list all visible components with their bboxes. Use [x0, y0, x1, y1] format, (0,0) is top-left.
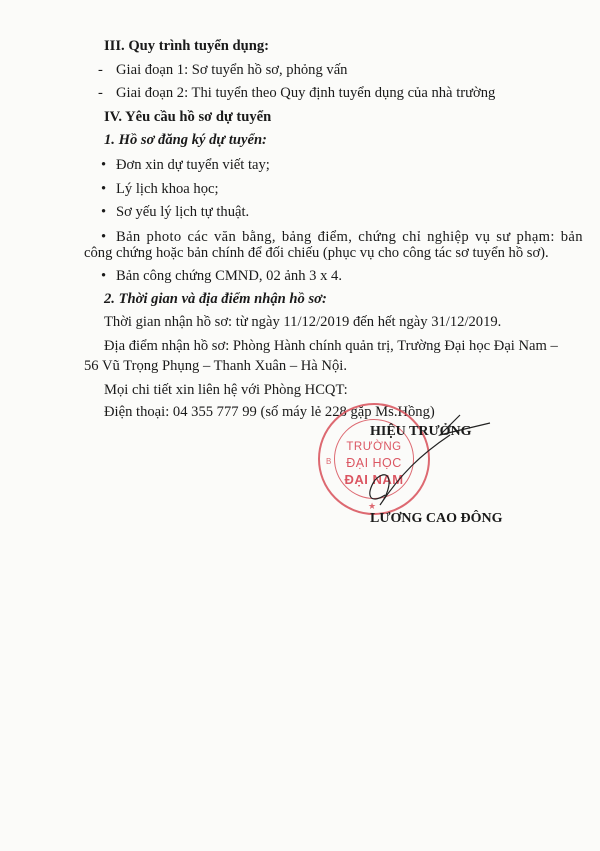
subsection-1-heading: 1. Hồ sơ đăng ký dự tuyển: — [104, 131, 267, 149]
dot-bullet: • — [101, 156, 106, 174]
requirement-item: Đơn xin dự tuyển viết tay; — [116, 156, 270, 174]
signer-name: LƯƠNG CAO ĐÔNG — [370, 510, 502, 528]
signer-title: HIỆU TRƯỞNG — [370, 423, 472, 441]
requirement-item: Lý lịch khoa học; — [116, 180, 219, 198]
receipt-place-continuation: 56 Vũ Trọng Phụng – Thanh Xuân – Hà Nội. — [84, 357, 347, 375]
requirement-item: Bản công chứng CMND, 02 ảnh 3 x 4. — [116, 267, 342, 285]
subsection-2-heading: 2. Thời gian và địa điểm nhận hồ sơ: — [104, 290, 327, 308]
stamp-ring-text: B — [326, 457, 331, 466]
dot-bullet: • — [101, 203, 106, 221]
section-3-heading: III. Quy trình tuyển dụng: — [104, 37, 269, 55]
receipt-place: Địa điểm nhận hồ sơ: Phòng Hành chính qu… — [104, 337, 558, 355]
dash-bullet: - — [98, 84, 103, 102]
receipt-time: Thời gian nhận hồ sơ: từ ngày 11/12/2019… — [104, 313, 501, 331]
section-3-item: Giai đoạn 1: Sơ tuyển hồ sơ, phỏng vấn — [116, 61, 347, 79]
requirement-item-continuation: công chứng hoặc bản chính để đối chiếu (… — [84, 244, 549, 262]
section-4-heading: IV. Yêu cầu hồ sơ dự tuyển — [104, 108, 271, 126]
dash-bullet: - — [98, 61, 103, 79]
dot-bullet: • — [101, 180, 106, 198]
section-3-item: Giai đoạn 2: Thi tuyển theo Quy định tuy… — [116, 84, 495, 102]
contact-line: Mọi chi tiết xin liên hệ với Phòng HCQT: — [104, 381, 348, 399]
requirement-item: Sơ yếu lý lịch tự thuật. — [116, 203, 249, 221]
dot-bullet: • — [101, 267, 106, 285]
document-page: III. Quy trình tuyển dụng: - Giai đoạn 1… — [0, 0, 600, 851]
signature-scribble-icon — [340, 395, 520, 515]
